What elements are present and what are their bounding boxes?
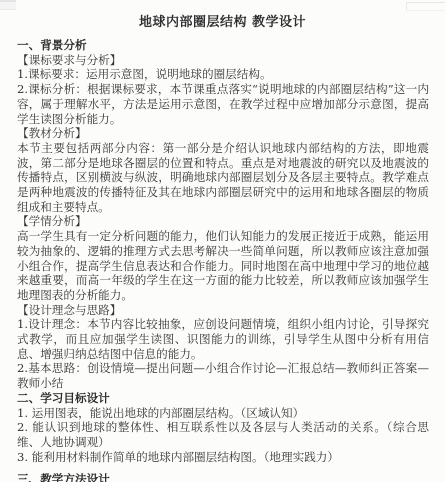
paragraph: 【学情分析】 <box>17 214 429 229</box>
section-heading: 二、学习目标设计 <box>17 391 429 406</box>
paragraph: 1.设计理念：本节内容比较抽象，应创设问题情境，组织小组内讨论，引导探究式教学，… <box>17 317 429 361</box>
scan-artifact-top-right <box>406 2 445 11</box>
paragraph: 3. 能利用材料制作简单的地球内部圈层结构图。（地理实践力） <box>17 450 429 465</box>
document-body: 一、背景分析【课标要求与分析】1.课标要求：运用示意图，说明地球的圈层结构。2.… <box>17 38 429 482</box>
paragraph: 【设计理念与思路】 <box>17 303 429 318</box>
document-page: 地球内部圈层结构 教学设计 一、背景分析【课标要求与分析】1.课标要求：运用示意… <box>0 0 445 482</box>
paragraph: 【课标要求与分析】 <box>17 53 429 68</box>
paragraph: 2. 能认识到地球的整体性、相互联系性以及各层与人类活动的关系。（综合思维、人地… <box>17 420 429 449</box>
paragraph: 本节主要包括两部分内容：第一部分是介绍认识地球内部结构的方法，即地震波，第二部分… <box>17 141 429 215</box>
paragraph: 【教材分析】 <box>17 126 429 141</box>
scan-artifact-top-left <box>0 0 16 10</box>
page-title: 地球内部圈层结构 教学设计 <box>0 0 445 30</box>
section-heading: 一、背景分析 <box>17 38 429 53</box>
paragraph: 2.基本思路：创设情境—提出问题—小组合作讨论—汇报总结—教师纠正答案—教师小结 <box>17 361 429 390</box>
paragraph: 高一学生具有一定分析问题的能力，他们认知能力的发展正接近于成熟，能运用较为抽象的… <box>17 229 429 303</box>
paragraph: 1. 运用图表，能说出地球的内部圈层结构。（区域认知） <box>17 406 429 421</box>
section-heading: 三、教学方法设计 <box>17 472 429 482</box>
paragraph: 2.课标分析：根据课标要求，本节课重点落实“说明地球的内部圈层结构”这一内容，属… <box>17 82 429 126</box>
paragraph: 1.课标要求：运用示意图，说明地球的圈层结构。 <box>17 67 429 82</box>
